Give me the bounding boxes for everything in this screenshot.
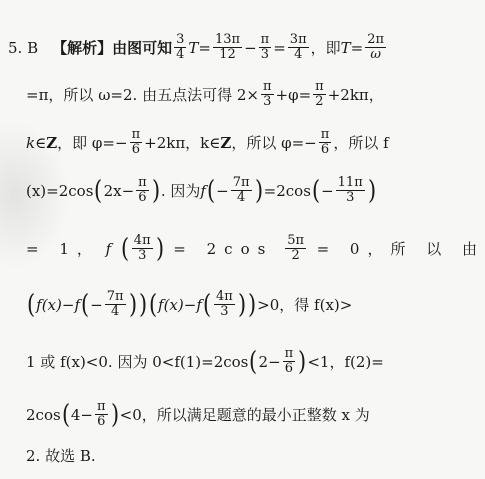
fraction: π3 [259,33,272,63]
solution-line-5: = 1， f ( 4π3 ) = 2cos 5π2 = 0，所 以 由 [26,234,485,264]
solution-line-8: 2cos ( 4− π6 ) <0，所以满足题意的最小正整数 x 为 [26,400,485,430]
fraction: π6 [136,176,149,206]
solution-line-6: ( f(x)−f ( − 7π4 ) ) ( f(x)−f ( 4π3 ) ) … [26,290,485,320]
solution-line-3: k∈ Z ，即 φ=− π6 +2kπ，k∈ Z ，所以 φ=− π6 ，所以 … [26,128,485,158]
fraction: π2 [313,80,326,110]
fraction: π6 [319,128,332,158]
fraction: π6 [130,128,143,158]
fraction: π3 [261,80,274,110]
fraction: 5π2 [285,234,306,264]
fraction: 4π3 [214,290,235,320]
solution-line-7: 1 或 f(x)<0. 因为 0<f(1)=2cos ( 2− π6 ) <1，… [26,347,485,377]
fraction: 11π3 [336,176,365,206]
fraction: 3π4 [288,33,309,63]
problem-number: 5. B [8,39,38,57]
solution-line-1: 5. B 【解析】 由图可知 34 T= 13π12 − π3 = 3π4 ，即… [8,33,485,63]
solution-line-2: =π，所以 ω=2. 由五点法可得 2× π3 +φ= π2 +2kπ， [26,80,485,110]
fraction: π6 [283,347,296,377]
fraction: 34 [174,33,186,63]
solution-line-9: 2. 故选 B. [26,445,485,466]
fraction: 7π4 [231,176,252,206]
fraction: 13π12 [213,33,242,63]
analysis-tag: 【解析】 [52,37,112,58]
fraction: π6 [95,400,108,430]
solution-line-4: (x)=2cos ( 2x− π6 ) . 因为 f ( − 7π4 ) =2c… [26,176,485,206]
fraction: 7π4 [105,290,126,320]
fraction: 4π3 [132,234,153,264]
fraction: 2πω [365,33,386,63]
